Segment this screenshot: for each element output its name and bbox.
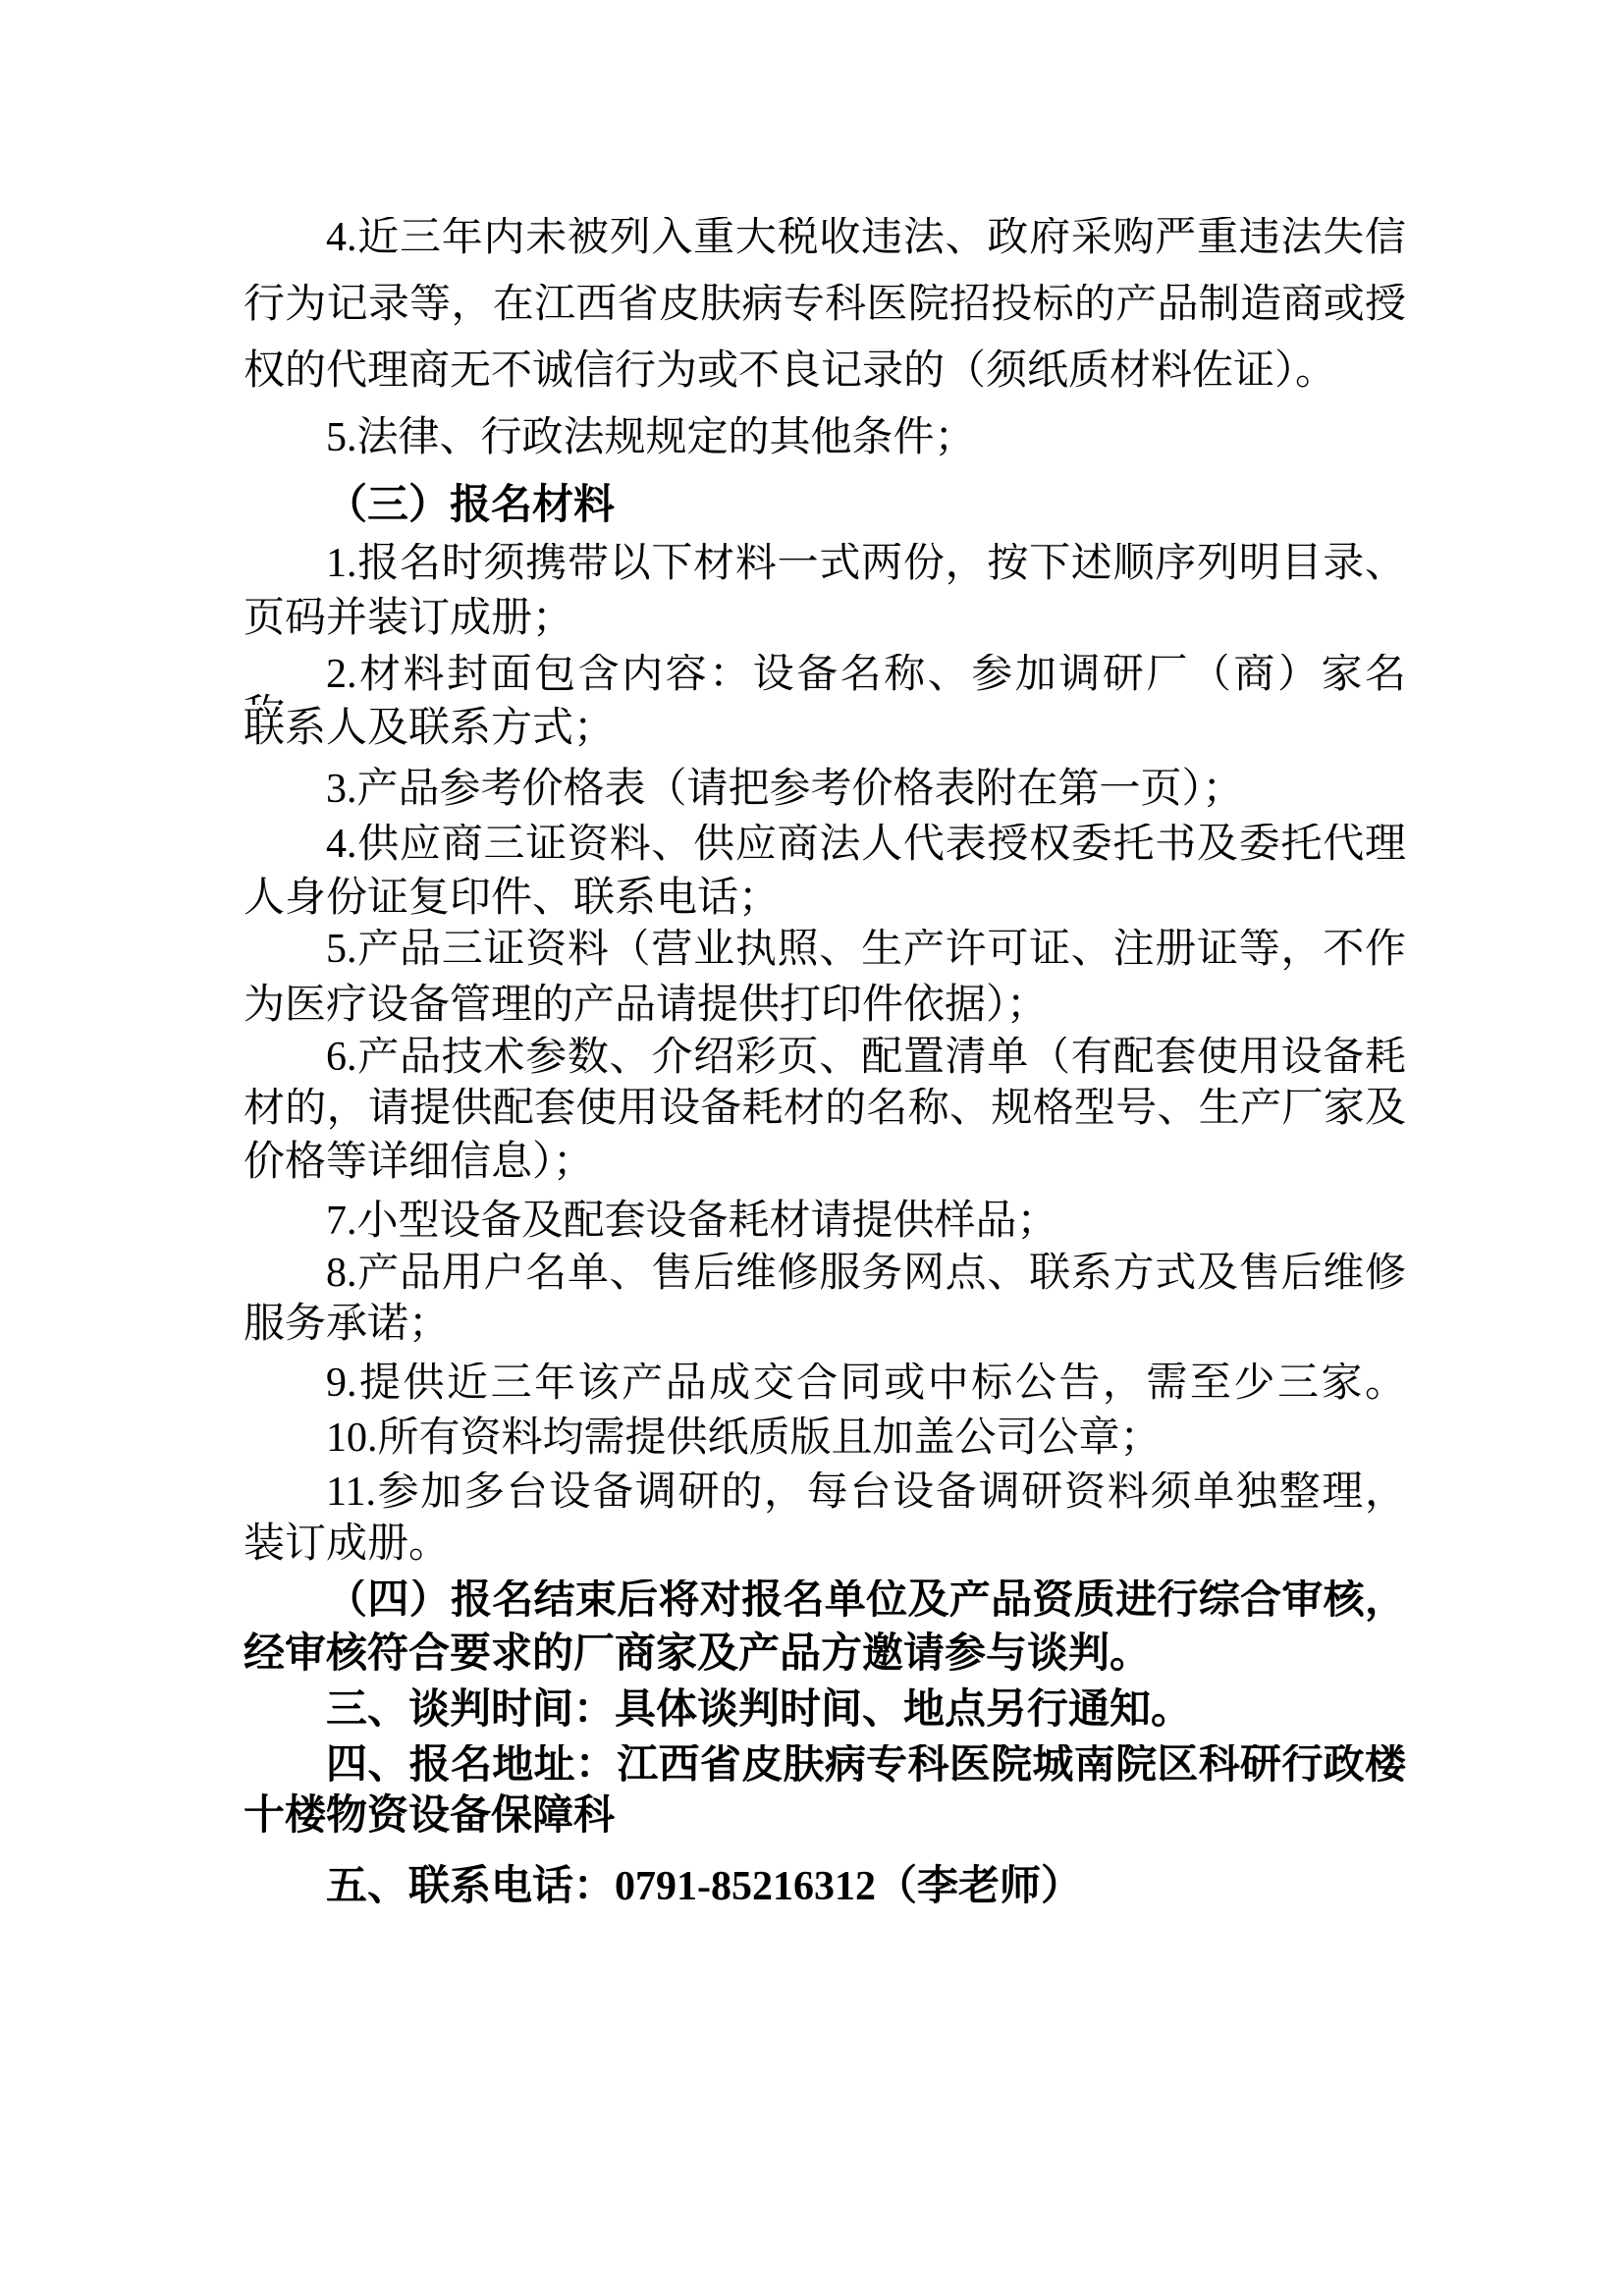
material-item11-line2: 装订成册。 xyxy=(244,1523,1406,1575)
item4-credit-record-line2: 行为记录等，在江西省皮肤病专科医院招投标的产品制造商或授 xyxy=(244,284,1406,335)
material-item2-line1: 2.材料封面包含内容：设备名称、参加调研厂（商）家名称、 xyxy=(244,654,1406,705)
material-item1-line1: 1.报名时须携带以下材料一式两份，按下述顺序列明目录、 xyxy=(244,543,1406,594)
material-item2-line2: 联系人及联系方式； xyxy=(244,708,1406,759)
material-item9-contracts: 9.提供近三年该产品成交合同或中标公告，需至少三家。 xyxy=(244,1362,1406,1414)
item5-other-conditions: 5.法律、行政法规规定的其他条件； xyxy=(244,417,1406,468)
material-item3-price-table: 3.产品参考价格表（请把参考价格表附在第一页）； xyxy=(244,769,1406,820)
material-item4-line2: 人身份证复印件、联系电话； xyxy=(244,878,1406,929)
material-item5-line1: 5.产品三证资料（营业执照、生产许可证、注册证等，不作 xyxy=(244,929,1406,980)
material-item5-line2: 为医疗设备管理的产品请提供打印件依据）； xyxy=(244,985,1406,1036)
material-item6-line1: 6.产品技术参数、介绍彩页、配置清单（有配套使用设备耗 xyxy=(244,1037,1406,1088)
material-item6-line3: 价格等详细信息）； xyxy=(244,1142,1406,1193)
material-item4-line1: 4.供应商三证资料、供应商法人代表授权委托书及委托代理 xyxy=(244,824,1406,875)
material-item6-line2: 材的，请提供配套使用设备耗材的名称、规格型号、生产厂家及 xyxy=(244,1088,1406,1139)
material-item7-samples: 7.小型设备及配套设备耗材请提供样品； xyxy=(244,1201,1406,1252)
registration-address-line1: 四、报名地址：江西省皮肤病专科医院城南院区科研行政楼 xyxy=(244,1744,1406,1795)
material-item8-line1: 8.产品用户名单、售后维修服务网点、联系方式及售后维修 xyxy=(244,1253,1406,1304)
material-item1-line2: 页码并装订成册； xyxy=(244,598,1406,649)
section4-review-note-line2: 经审核符合要求的厂商家及产品方邀请参与谈判。 xyxy=(244,1633,1406,1684)
item4-credit-record-line3: 权的代理商无不诚信行为或不良记录的（须纸质材料佐证）。 xyxy=(244,350,1406,401)
section4-review-note-line1: （四）报名结束后将对报名单位及产品资质进行综合审核， xyxy=(244,1579,1406,1630)
material-item10-paper-seal: 10.所有资料均需提供纸质版且加盖公司公章； xyxy=(244,1417,1406,1468)
material-item11-line1: 11.参加多台设备调研的，每台设备调研资料须单独整理， xyxy=(244,1471,1406,1522)
registration-address-line2: 十楼物资设备保障科 xyxy=(244,1795,1406,1846)
document-page: 4.近三年内未被列入重大税收违法、政府采购严重违法失信 行为记录等，在江西省皮肤… xyxy=(0,0,1624,2296)
contact-phone-line: 五、联系电话：0791-85216312（李老师） xyxy=(244,1866,1406,1917)
negotiation-time-heading: 三、谈判时间：具体谈判时间、地点另行通知。 xyxy=(244,1689,1406,1740)
item4-credit-record-line1: 4.近三年内未被列入重大税收违法、政府采购严重违法失信 xyxy=(244,217,1406,268)
material-item8-line2: 服务承诺； xyxy=(244,1304,1406,1355)
section-heading-registration-materials: （三）报名材料 xyxy=(244,485,1406,536)
